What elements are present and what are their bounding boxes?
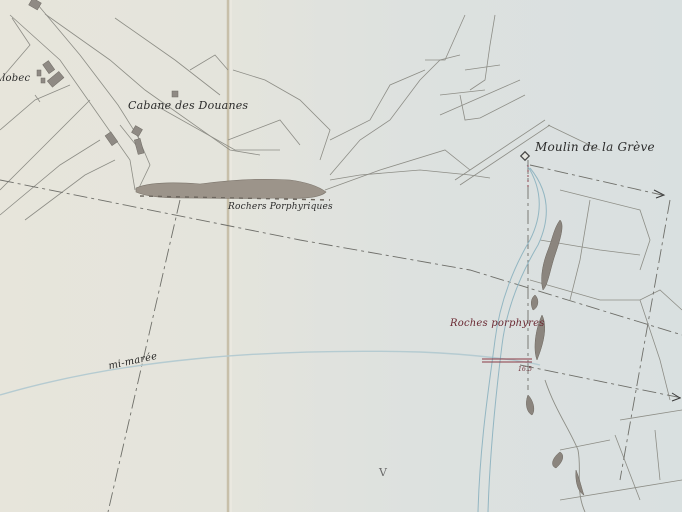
mill-marker <box>521 152 529 160</box>
label-dimension-note: 16.5 <box>518 366 532 373</box>
parcel-boundaries <box>0 5 682 500</box>
label-place-left: ...lobec <box>0 73 30 84</box>
mid-tide-line <box>0 351 540 395</box>
historical-map: ...lobec Cabane des Douanes Rochers Porp… <box>0 0 682 512</box>
label-rochers-porphyriques: Rochers Porphyriques <box>228 202 333 212</box>
buildings <box>29 0 178 155</box>
survey-lines <box>0 160 682 512</box>
label-small-mark: V <box>379 466 387 479</box>
label-moulin-de-la-greve: Moulin de la Grève <box>535 140 655 154</box>
rocky-outcrop <box>136 179 330 200</box>
survey-arrowheads <box>654 190 680 401</box>
paper-fold <box>228 0 231 512</box>
label-roches-porphyres: Roches porphyres <box>450 318 545 329</box>
rock-ledges <box>526 220 584 495</box>
dimension-marks <box>482 165 532 362</box>
map-drawing <box>0 0 682 512</box>
label-cabane-des-douanes: Cabane des Douanes <box>128 99 248 112</box>
